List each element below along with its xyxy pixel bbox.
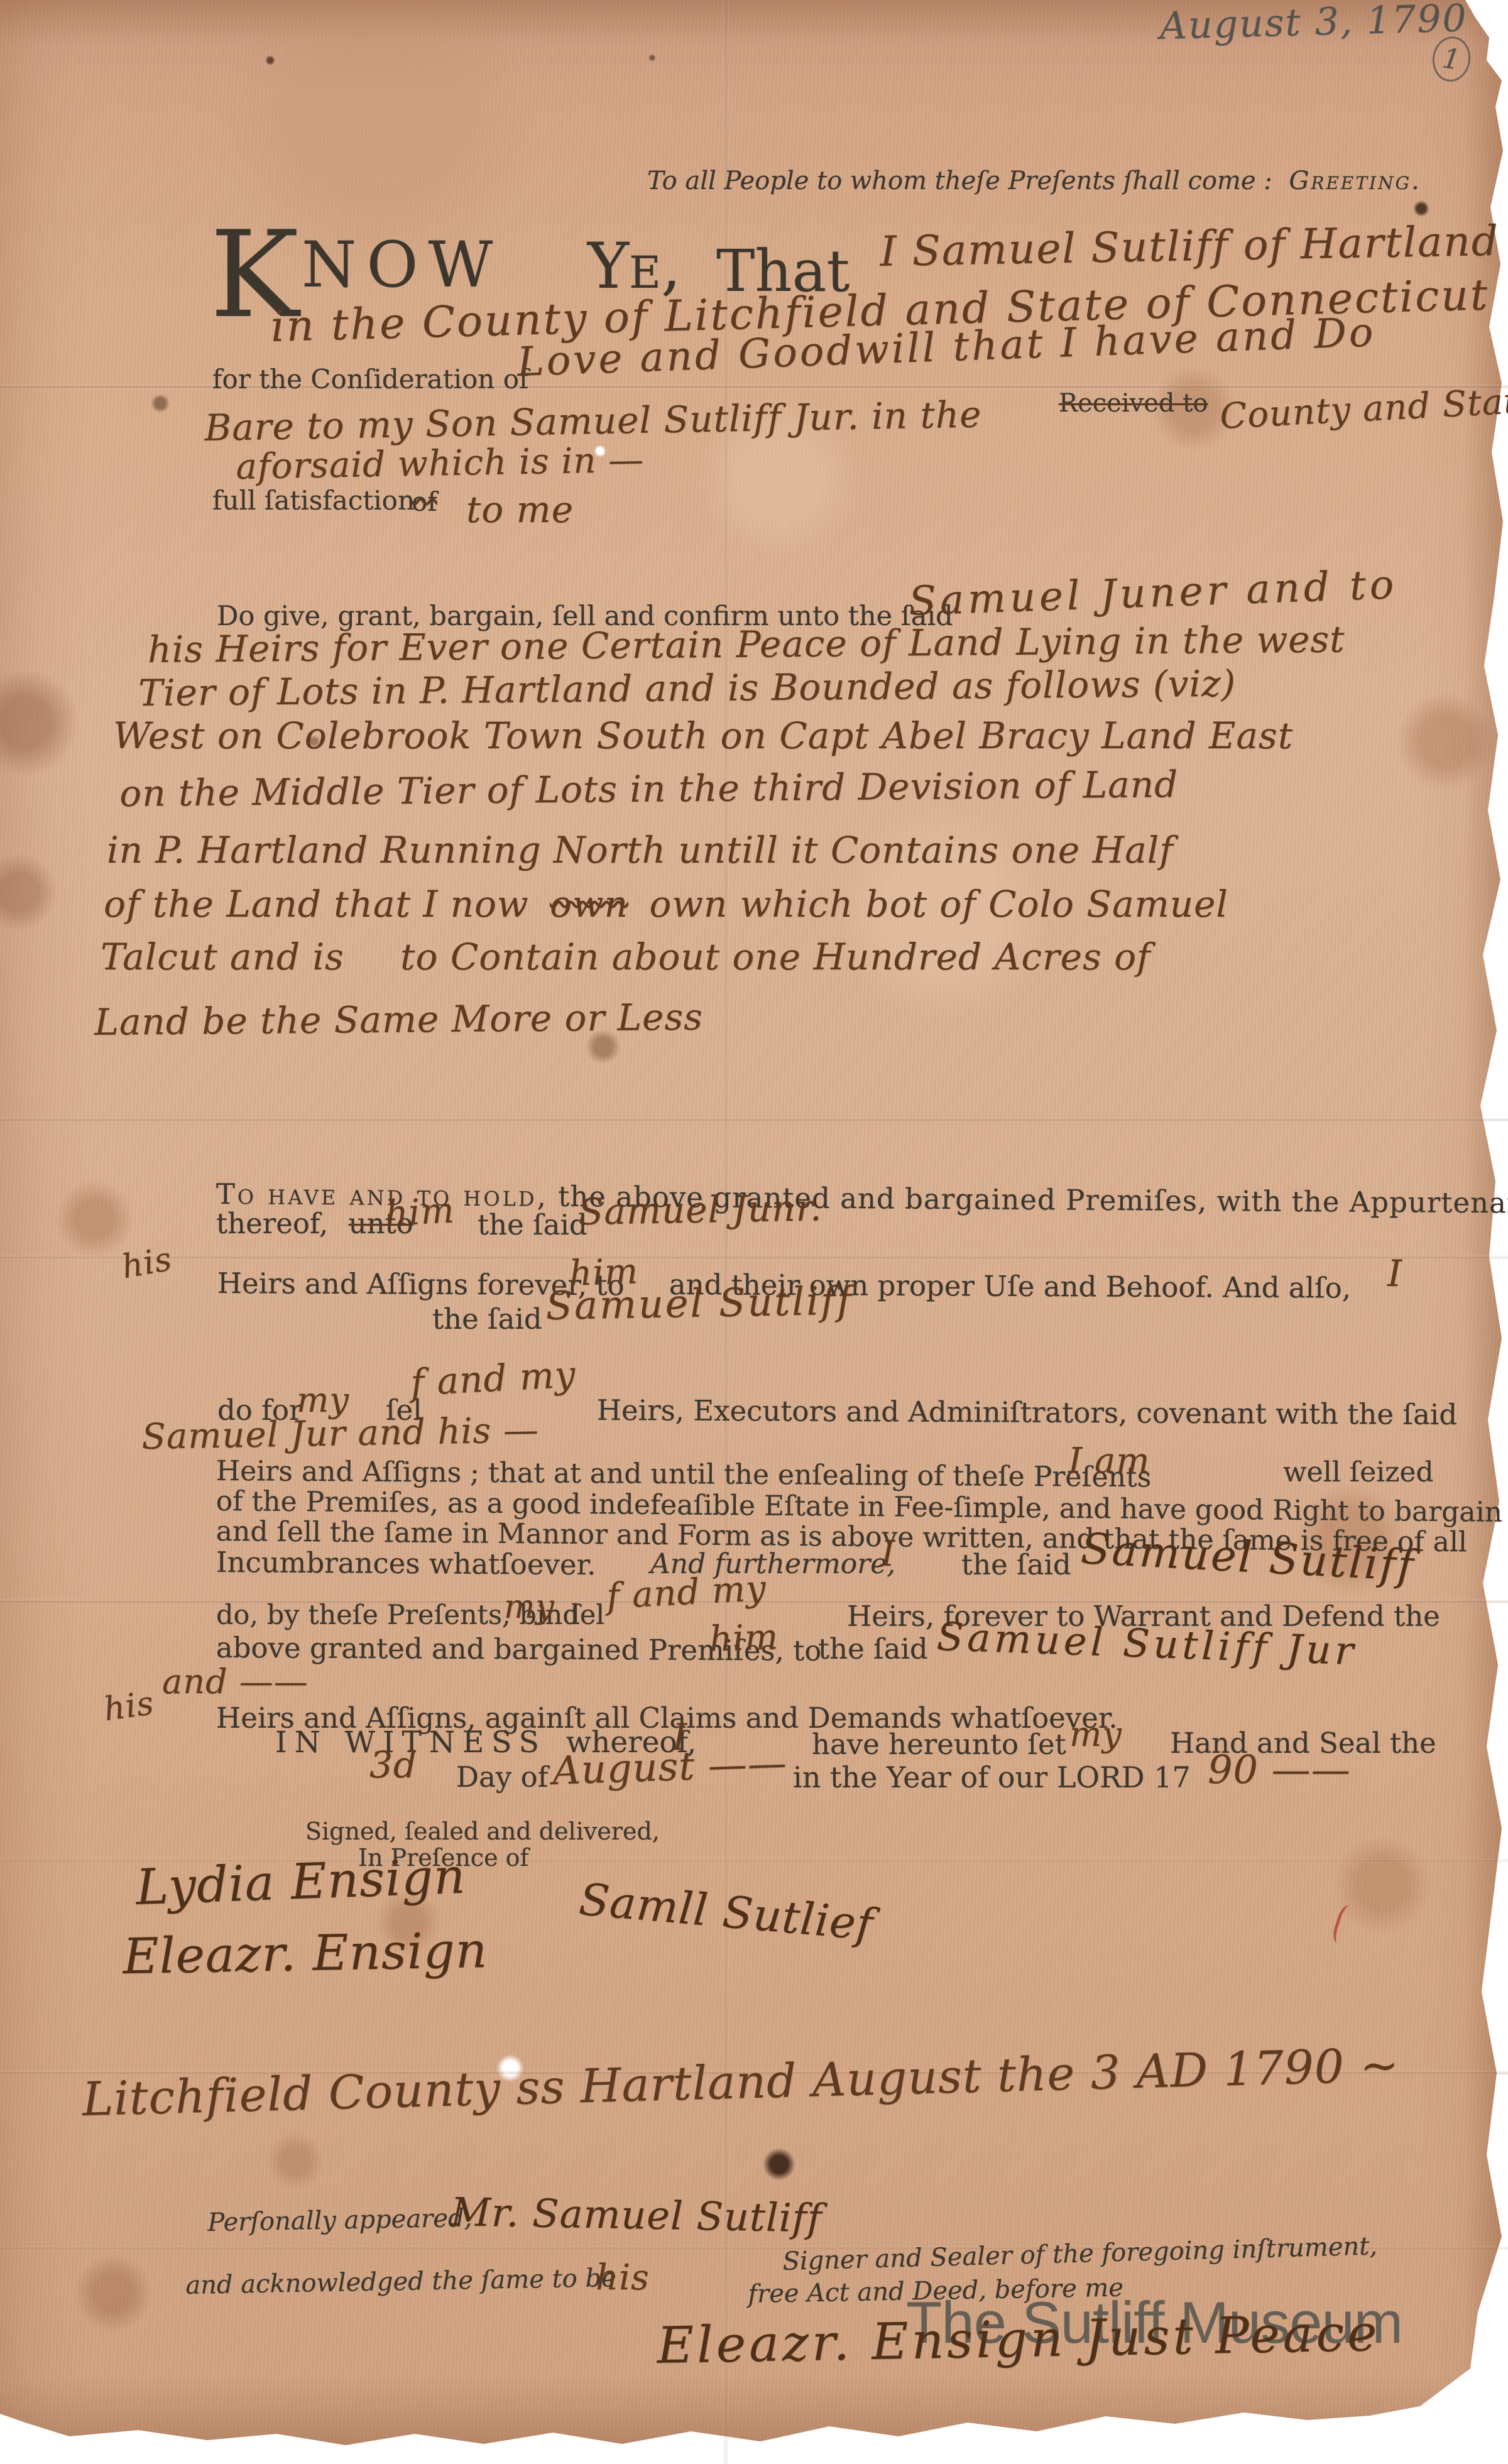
printed-day-of: Day of — [456, 1763, 548, 1791]
handwritten-samuel-sutliff-1: Samuel Sutliff — [545, 1281, 853, 1326]
handwritten-and-dash: and —— — [162, 1665, 309, 1699]
handwritten-i-2: I — [881, 1537, 895, 1572]
handwritten-land-now: of the Land that I now — [104, 883, 529, 925]
page-number: 1 — [1441, 42, 1463, 76]
printed-the-said-3: the ſaid — [961, 1551, 1071, 1579]
witness-signature-lydia-ensign: Lydia Ensign — [135, 1852, 466, 1912]
handwritten-to-me: to me — [466, 491, 574, 528]
printed-full-satisfaction: full ſatisfaction — [212, 488, 415, 514]
handwritten-samuel-junr: Samuel Junr. — [578, 1189, 822, 1230]
handwritten-his-ack: his — [596, 2260, 650, 2296]
printed-consideration: for the Conſideration of — [212, 366, 529, 393]
handwritten-day-3: 3d — [369, 1747, 417, 1783]
handwritten-running-north: in P. Hartland Running North untill it C… — [107, 832, 1174, 868]
printed-the-said-2: the ſaid — [432, 1305, 542, 1333]
printed-year-of-lord: in the Year of our LORD 17 — [793, 1763, 1191, 1792]
handwritten-year-90: 90 —— — [1208, 1750, 1351, 1789]
printed-signed-sealed: Signed, ſealed and delivered, — [305, 1819, 660, 1843]
handwritten-my-2: my — [504, 1591, 555, 1623]
handwritten-him-3: him — [709, 1620, 779, 1657]
handwritten-more-or-less: Land be the Same More or Less — [94, 999, 703, 1040]
handwritten-him-1: him — [385, 1193, 456, 1232]
scanned-deed-page: August 3, 1790 1 To all People to whom t… — [0, 0, 1508, 2464]
handwritten-own-struck: own — [550, 883, 628, 925]
printed-sel-2: ſel — [570, 1602, 604, 1629]
handwritten-his-margin-1: his — [119, 1243, 175, 1284]
printed-heirs-executors: Heirs, Executors and Adminiſtrators, cov… — [597, 1396, 1457, 1429]
fold-crease — [0, 1255, 1508, 1260]
printed-thereof: thereof, — [216, 1207, 328, 1240]
handwritten-f-and-my-1: f and my — [410, 1356, 577, 1401]
printed-the-said-1: the ſaid — [478, 1211, 587, 1239]
printed-of-struck: of — [412, 489, 437, 515]
fold-crease — [0, 1118, 1508, 1122]
salutation-text: To all People to whom theſe Preſents ſha… — [647, 166, 1272, 195]
printed-personally-appeared: Perſonally appeared, — [207, 2206, 473, 2235]
handwritten-own-bought: own which bot of Colo Samuel — [649, 883, 1228, 925]
printed-well-seized: well ſeized — [1283, 1459, 1434, 1486]
handwritten-i-1: I — [1387, 1255, 1402, 1292]
handwritten-heirs-forever: his Heirs for Ever one Certain Peace of … — [148, 621, 1345, 668]
handwritten-my-1: my — [297, 1383, 349, 1417]
printed-hereunto-set: have hereunto ſet — [812, 1730, 1066, 1758]
handwritten-august: August —— — [552, 1743, 788, 1791]
printed-the-said-4: the ſaid — [818, 1635, 928, 1663]
greeting-text: Greeting. — [1289, 166, 1421, 195]
printed-acknowledged: and acknowledged the ſame to be — [185, 2265, 616, 2298]
handwritten-my-3: my — [1069, 1718, 1122, 1752]
handwritten-his-margin-2: his — [102, 1687, 156, 1726]
handwritten-talcut: Talcut and is — [101, 935, 344, 978]
handwritten-f-and-my-2: f and my — [606, 1571, 767, 1615]
pencil-date-annotation: August 3, 1790 — [1159, 0, 1468, 45]
handwritten-tier-of-lots: Tier of Lots in P. Hartland and is Bound… — [138, 665, 1236, 711]
handwritten-grantor-name: I Samuel Sutliff of Hartland — [880, 221, 1499, 273]
handwritten-i-am: I am — [1068, 1444, 1150, 1479]
handwritten-west-bound: West on Colebrook Town South on Capt Abe… — [113, 717, 1293, 754]
handwritten-contain-hundred: to Contain about one Hundred Acres of — [400, 935, 1150, 978]
justice-signature-eleazr-ensign: Eleazr. Ensign Just Peace — [657, 2308, 1380, 2371]
printed-incumbrances: Incumbrances whatſoever. — [216, 1548, 596, 1579]
handwritten-aforesaid: aforsaid which is in — — [236, 443, 645, 485]
handwritten-middle-tier: on the Middle Tier of Lots in the third … — [119, 766, 1178, 812]
handwritten-samuel-jur-his: Samuel Jur and his — — [141, 1413, 539, 1455]
handwritten-mr-samuel-sutliff: Mr. Samuel Sutliff — [451, 2193, 822, 2238]
know-now: NOW — [302, 234, 503, 297]
printed-received-struck: Received to — [1059, 391, 1208, 416]
know-ye: Ye, — [587, 235, 681, 298]
witness-signature-eleazr-ensign: Eleazr. Ensign — [123, 1926, 488, 1982]
